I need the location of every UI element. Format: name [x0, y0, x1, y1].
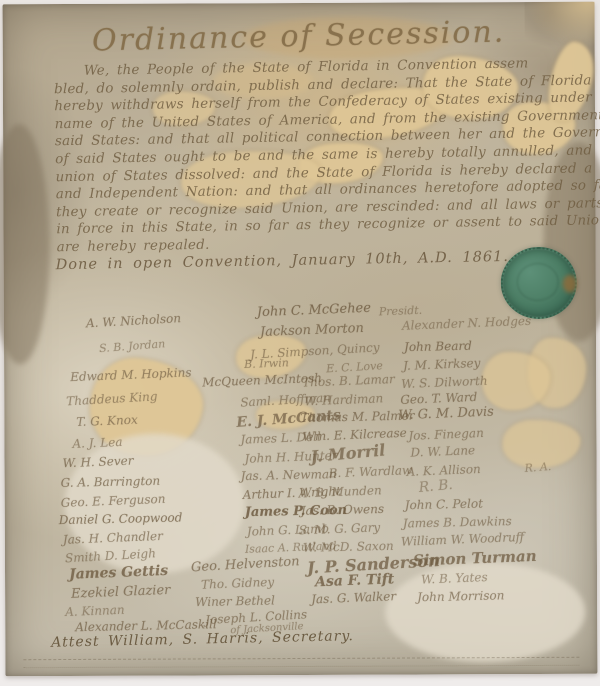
photo-background: Ordinance of Secession. We, the People o… — [0, 0, 600, 686]
signature: D. W. Lane — [410, 443, 475, 460]
signature: B. Irwin — [244, 356, 289, 371]
signature: Jas. A. Newman — [240, 467, 336, 483]
signature: A. Kinnan — [65, 603, 125, 619]
signature: W. McD. Saxon — [303, 539, 394, 555]
signature: A. J. Lea — [72, 435, 123, 451]
signature: John C. Pelot — [405, 497, 484, 513]
green-wax-seal — [501, 247, 577, 319]
signature: J. M. Kirksey — [403, 356, 481, 373]
signature: A. B. Munden — [298, 483, 381, 500]
signature: W. S. Dilworth — [401, 374, 488, 391]
signature: A. W. Nicholson — [86, 311, 182, 330]
signature: J. Morril — [310, 440, 386, 466]
signature: S. M. G. Gary — [299, 520, 381, 537]
signature: James Gettis — [69, 563, 169, 583]
signature: R. B. — [418, 477, 454, 496]
signature: Wm. E. Kilcrease — [302, 426, 407, 444]
signature: Daniel G. Coopwood — [59, 510, 183, 527]
signature: W. B. Yates — [421, 570, 488, 587]
signature: John Beard — [404, 339, 472, 354]
signature: Jas. B. Owens — [301, 502, 385, 518]
signature: Tho. Gidney — [201, 575, 275, 592]
signature: James B. Dawkins — [403, 514, 512, 530]
body-text: We, the People of the State of Florida i… — [54, 55, 585, 257]
signature: Jackson Morton — [260, 321, 364, 340]
document-title: Ordinance of Secession. — [2, 13, 595, 61]
edge-stain — [0, 124, 50, 364]
signature: S. B. Jordan — [99, 337, 166, 355]
signature: G. A. Barrington — [60, 474, 160, 490]
signature: Winer Bethel — [195, 593, 275, 609]
signature: William W. Woodruff — [401, 530, 525, 549]
signature: Geo. T. Ward — [400, 390, 478, 407]
signature: Ezekiel Glazier — [71, 583, 171, 602]
signature: Jas. G. Walker — [311, 589, 396, 606]
signature: Jos. Finegan — [408, 426, 484, 443]
signature: T. G. Knox — [76, 413, 138, 429]
signature: B. F. Wardlaw — [328, 463, 412, 480]
signature: W. H. Sever — [62, 453, 133, 470]
signature: Thos. B. Lamar — [302, 372, 395, 390]
signature: Presidt. — [379, 304, 423, 319]
signature-list: John C. McGeheePresidt.A. W. NicholsonS.… — [3, 2, 595, 5]
signature: W. Hardiman — [304, 391, 384, 408]
signature: John C. McGehee — [257, 301, 372, 320]
fold-line — [23, 665, 579, 668]
signature: A. K. Allison — [406, 462, 481, 479]
parchment-document: Ordinance of Secession. We, the People o… — [3, 2, 598, 677]
signature: R. A. — [524, 460, 552, 475]
signature: W. G. M. Davis — [398, 404, 494, 423]
signature: John Morrison — [417, 588, 505, 604]
signature: Asa F. Tift — [315, 571, 395, 590]
